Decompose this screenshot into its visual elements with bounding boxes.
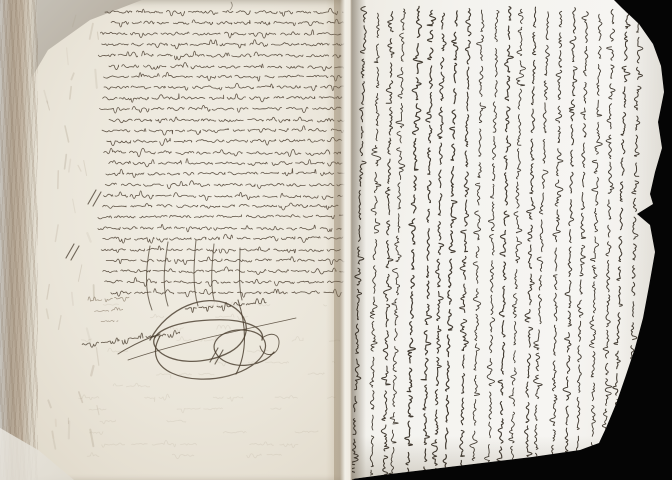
manuscript-photo [0, 0, 672, 480]
left-page [0, 0, 352, 480]
right-page [352, 0, 672, 480]
right-page-handwriting-rotated [352, 0, 672, 480]
left-page-handwriting [0, 0, 352, 480]
gutter-fold [334, 0, 354, 480]
